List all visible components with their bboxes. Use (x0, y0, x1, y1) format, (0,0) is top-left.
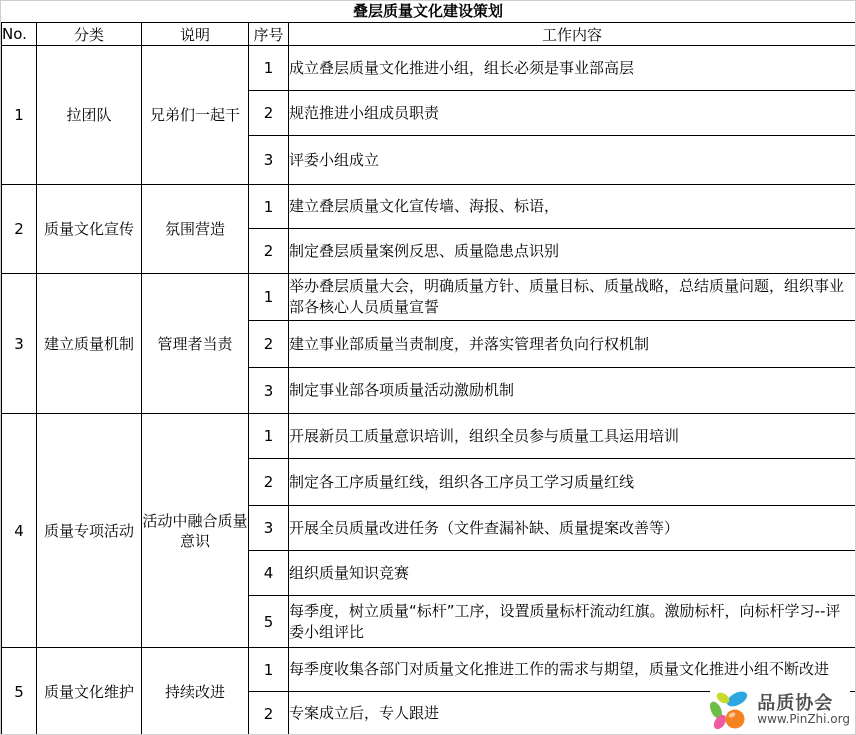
item-content: 举办叠层质量大会，明确质量方针、质量目标、质量战略，总结质量问题，组织事业部各核… (289, 274, 856, 321)
section-category: 质量文化维护 (37, 648, 142, 735)
table-row: 4 质量专项活动 活动中融合质量意识 1 开展新员工质量意识培训，组织全员参与质… (2, 414, 856, 459)
section-no: 2 (2, 185, 37, 274)
section-description: 氛围营造 (142, 185, 249, 274)
table-row: 2 质量文化宣传 氛围营造 1 建立叠层质量文化宣传墙、海报、标语， (2, 185, 856, 229)
section-description: 持续改进 (142, 648, 249, 735)
item-content: 每季度收集各部门对质量文化推进工作的需求与期望，质量文化推进小组不断改进 (289, 648, 856, 692)
col-header-description: 说明 (142, 23, 249, 46)
item-seq: 2 (249, 91, 289, 136)
col-header-content: 工作内容 (289, 23, 856, 46)
item-content: 建立叠层质量文化宣传墙、海报、标语， (289, 185, 856, 229)
item-seq: 1 (249, 185, 289, 229)
item-seq: 2 (249, 229, 289, 274)
watermark-url: www.PinZhi.org (757, 713, 850, 726)
section-no: 4 (2, 414, 37, 648)
item-seq: 2 (249, 321, 289, 368)
item-content: 规范推进小组成员职责 (289, 91, 856, 136)
section-category: 质量文化宣传 (37, 185, 142, 274)
section-description: 管理者当责 (142, 274, 249, 414)
item-seq: 1 (249, 46, 289, 91)
item-content: 制定叠层质量案例反思、质量隐患点识别 (289, 229, 856, 274)
quality-plan-table: No. 分类 说明 序号 工作内容 1 拉团队 兄弟们一起干 1 成立叠层质量文… (1, 22, 856, 735)
item-content: 评委小组成立 (289, 136, 856, 185)
section-no: 1 (2, 46, 37, 185)
col-header-no: No. (2, 23, 37, 46)
table-row: 1 拉团队 兄弟们一起干 1 成立叠层质量文化推进小组，组长必须是事业部高层 (2, 46, 856, 91)
watermark-brand: 品质协会 (757, 694, 850, 713)
item-content: 开展全员质量改进任务（文件查漏补缺、质量提案改善等） (289, 506, 856, 551)
item-seq: 5 (249, 596, 289, 648)
pinzhi-flower-icon (710, 689, 752, 731)
watermark: 品质协会 www.PinZhi.org (710, 689, 850, 731)
item-seq: 2 (249, 459, 289, 506)
section-description: 活动中融合质量意识 (142, 414, 249, 648)
item-content: 成立叠层质量文化推进小组，组长必须是事业部高层 (289, 46, 856, 91)
item-seq: 3 (249, 506, 289, 551)
col-header-seq: 序号 (249, 23, 289, 46)
section-no: 3 (2, 274, 37, 414)
item-seq: 2 (249, 692, 289, 735)
section-description: 兄弟们一起干 (142, 46, 249, 185)
item-content: 每季度，树立质量“标杆”工序，设置质量标杆流动红旗。激励标杆，向标杆学习--评委… (289, 596, 856, 648)
item-seq: 3 (249, 136, 289, 185)
section-no: 5 (2, 648, 37, 735)
item-seq: 1 (249, 648, 289, 692)
page-title: 叠层质量文化建设策划 (1, 1, 855, 22)
table-row: 5 质量文化维护 持续改进 1 每季度收集各部门对质量文化推进工作的需求与期望，… (2, 648, 856, 692)
section-category: 建立质量机制 (37, 274, 142, 414)
item-seq: 1 (249, 414, 289, 459)
spreadsheet-page: 叠层质量文化建设策划 No. 分类 说明 序号 工作内容 1 拉团队 兄弟们一起… (0, 0, 856, 735)
col-header-category: 分类 (37, 23, 142, 46)
item-content: 组织质量知识竞赛 (289, 551, 856, 596)
item-seq: 3 (249, 368, 289, 414)
item-content: 制定事业部各项质量活动激励机制 (289, 368, 856, 414)
header-row: No. 分类 说明 序号 工作内容 (2, 23, 856, 46)
item-content: 开展新员工质量意识培训，组织全员参与质量工具运用培训 (289, 414, 856, 459)
item-content: 建立事业部质量当责制度，并落实管理者负向行权机制 (289, 321, 856, 368)
section-category: 拉团队 (37, 46, 142, 185)
section-category: 质量专项活动 (37, 414, 142, 648)
item-content: 制定各工序质量红线，组织各工序员工学习质量红线 (289, 459, 856, 506)
table-row: 3 建立质量机制 管理者当责 1 举办叠层质量大会，明确质量方针、质量目标、质量… (2, 274, 856, 321)
item-seq: 4 (249, 551, 289, 596)
item-seq: 1 (249, 274, 289, 321)
